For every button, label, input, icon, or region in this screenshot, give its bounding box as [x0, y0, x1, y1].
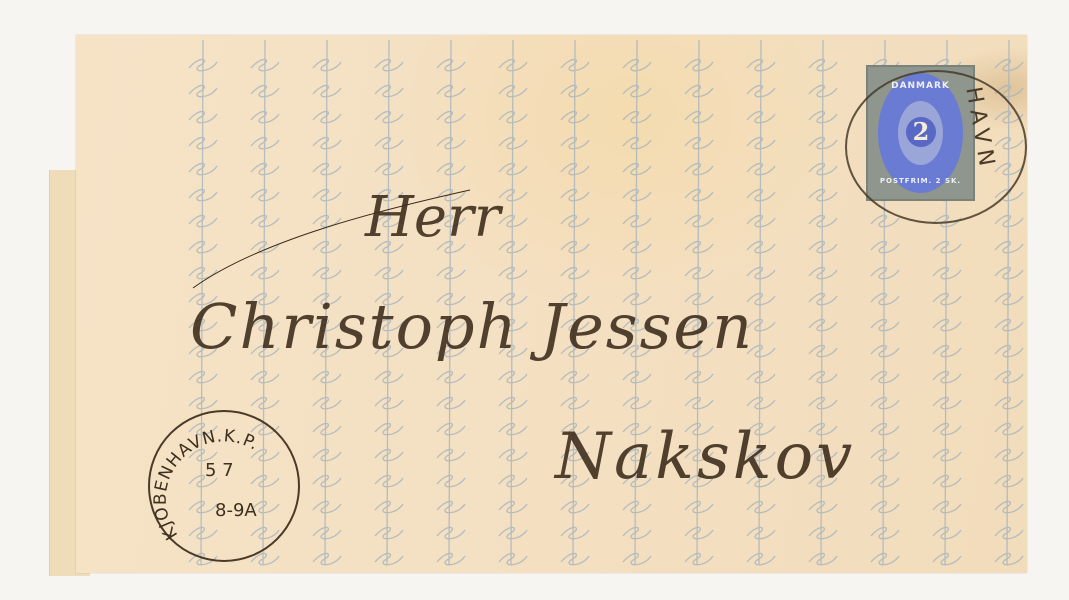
- address-salutation: Herr: [365, 185, 501, 250]
- address-place: Nakskov: [555, 420, 855, 494]
- address-name: Christoph Jessen: [190, 290, 754, 363]
